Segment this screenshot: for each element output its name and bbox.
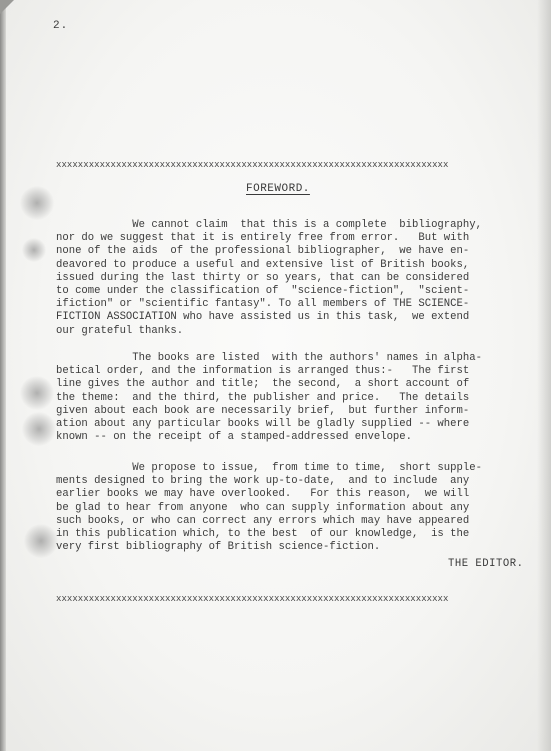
stain-mark	[22, 412, 56, 446]
paragraph-1: We cannot claim that this is a complete …	[56, 219, 531, 338]
page-heading: FOREWORD.	[246, 183, 310, 195]
separator-line-top: xxxxxxxxxxxxxxxxxxxxxxxxxxxxxxxxxxxxxxxx…	[56, 160, 528, 170]
page-left-edge	[0, 0, 6, 751]
page-right-edge	[537, 0, 551, 751]
paragraph-3: We propose to issue, from time to time, …	[56, 462, 531, 554]
separator-line-bottom: xxxxxxxxxxxxxxxxxxxxxxxxxxxxxxxxxxxxxxxx…	[56, 594, 528, 604]
stain-mark	[22, 238, 46, 262]
page-number: 2.	[53, 20, 68, 32]
typewritten-page: 2. xxxxxxxxxxxxxxxxxxxxxxxxxxxxxxxxxxxxx…	[0, 0, 551, 751]
stain-mark	[20, 376, 54, 410]
signature: THE EDITOR.	[448, 558, 523, 570]
folded-corner	[0, 0, 14, 14]
paragraph-2: The books are listed with the authors' n…	[56, 352, 531, 444]
stain-mark	[20, 186, 54, 220]
stain-mark	[24, 524, 58, 558]
